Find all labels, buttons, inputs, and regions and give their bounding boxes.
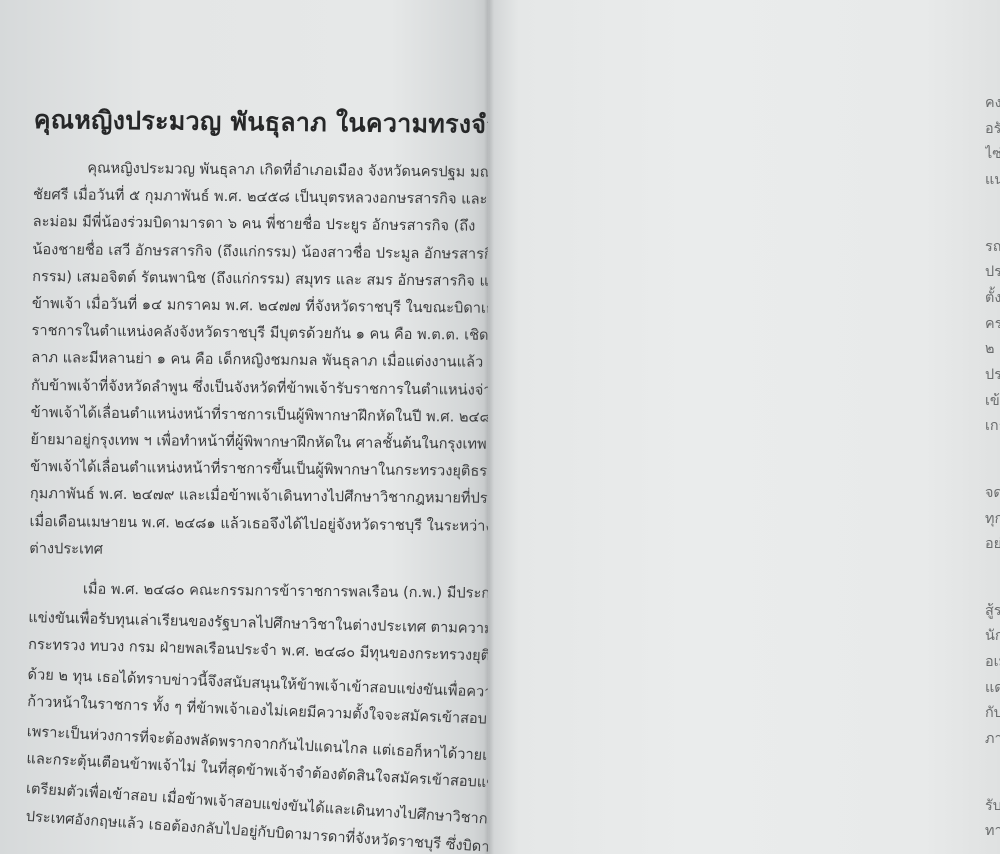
right-page-body: คงรับราชการอยู่ที่จังหวัดนั้น ในวันที่ข้… [985,91,1000,845]
text-line: รับราชการในตำแหน่งผู้พิพากษาอยู่ที่ศาลแพ… [985,794,1000,820]
right-page-text: คงรับราชการอยู่ที่จังหวัดนั้น ในวันที่ข้… [985,91,1000,845]
text-line: เมื่อข้าพเจ้าได้รายงานตัวต่อกระทรวงยุติธ… [985,768,1000,794]
book-spread: คุณหญิงประมวญ พันธุลาภ ในความทรงจำของข้า… [0,0,1000,854]
chapter-title: คุณหญิงประมวญ พันธุลาภ ในความทรงจำของข้า… [34,100,488,145]
text-line: เกณฑ์ดังกล่าว จึงมี โอกาสได้เดินทางกลับบ… [985,414,1000,440]
text-line: ระหว่างเวลา ๒ ปีเศษที่ข้าพเจ้าจากเธอไป ข… [985,455,1000,481]
text-line: ทางของราชการศาลยุติธรรม ครั้งแรกไปอยู่ศา… [985,819,1000,845]
left-page-text: คุณหญิงประมวญ พันธุลาภ ในความทรงจำของข้า… [26,100,488,825]
text-line: เมื่อ พ.ศ. ๒๔๘๐ คณะกรรมการข้าราชการพลเรื… [29,575,488,607]
text-line: ทุกข์ยากในการที่ต้องพลัดพรากจากกันเลย มี… [985,507,1000,533]
text-line: คงรับราชการอยู่ที่จังหวัดนั้น ในวันที่ข้… [985,91,1000,117]
text-line: ไซ่ง่อน เธอมีจิตใจเข้มแข็งมาก ไม่เคยแสดง… [985,142,1000,168]
text-line: แน่นอนในขณะนั้นว่าจะต้องใช้เวลาช้านานเพี… [985,168,1000,194]
text-line: อรัญประเทศ เพราะการเดินทางที่ ก.พ. จัดให… [985,117,1000,143]
text-line: ตั้งหน้าศึกษาเล่าเรียนด้วยความจริงจัง ใช… [985,286,1000,312]
text-line: อย่าได้เป็นห่วงใยเลย [985,532,1000,558]
text-line: ครบถ้วน กระบวนวิชาตามหลักสูตรเนติบัณฑิตอ… [985,312,1000,338]
text-line: รถไฟไปยังนครปารีส พักแรมอยู่ที่นั่น ๓ วั… [985,235,1000,261]
text-line: ๒ อยู่ ได้เกิดสงครามโลกครั้งที่ ๒ ขึ้น ท… [985,337,1000,363]
text-line: เข้าศึกษาแล้ว ให้เดินทางกลับประเทศไทยโดย… [985,389,1000,415]
text-line: ประเทศอังกฤษและอยู่ในความดูแลของ ก.พ. ซึ… [985,363,1000,389]
text-line: อเมริกาและประเทศญี่ปุ่น เพราะการกลับทางเ… [985,650,1000,676]
text-line: ต่างประเทศ [29,535,488,567]
text-line: ประเทศอังกฤษ เมื่อสำนักกฎหมายเกรส์อินน์ … [985,260,1000,286]
left-page-body: คุณหญิงประมวญ พันธุลาภ เกิดที่อำเภอเมือง… [26,154,488,825]
book-gutter [484,0,494,854]
text-line: เมื่อเดินทางไปถึงเมืองมาร์เซล ประเทศฝรั่… [985,209,1000,235]
right-page: คงรับราชการอยู่ที่จังหวัดนั้น ในวันที่ข้… [488,0,1000,854]
text-line: จดหมายทุกอาทิตย์ ในจดหมายตอบของเธอทุกฉบั… [985,481,1000,507]
left-page: คุณหญิงประมวญ พันธุลาภ ในความทรงจำของข้า… [0,0,488,854]
text-line: ภาพที่ยังจำติดตาข้าพเจ้าอยู่ก็คือ เธอได้… [985,727,1000,753]
text-line: แดงในระหว่างนั้นมีภยันตรายจากเรือดำน้ำขอ… [985,676,1000,702]
text-line: กับเพื่อนประมาณ ๒๐ คน จึงต้องเดินทางรอนแ… [985,701,1000,727]
text-line: การเดินทางกลับของข้าพเจ้ามีความทุลักทุเล… [985,573,1000,599]
text-line: สู้รบอันเนื่องมาจากสงครามโลกครั้งที่ ๒ ก… [985,599,1000,625]
text-line: นักเรียนทุนรัฐบาลที่เดินทางจากประเทศอังก… [985,624,1000,650]
